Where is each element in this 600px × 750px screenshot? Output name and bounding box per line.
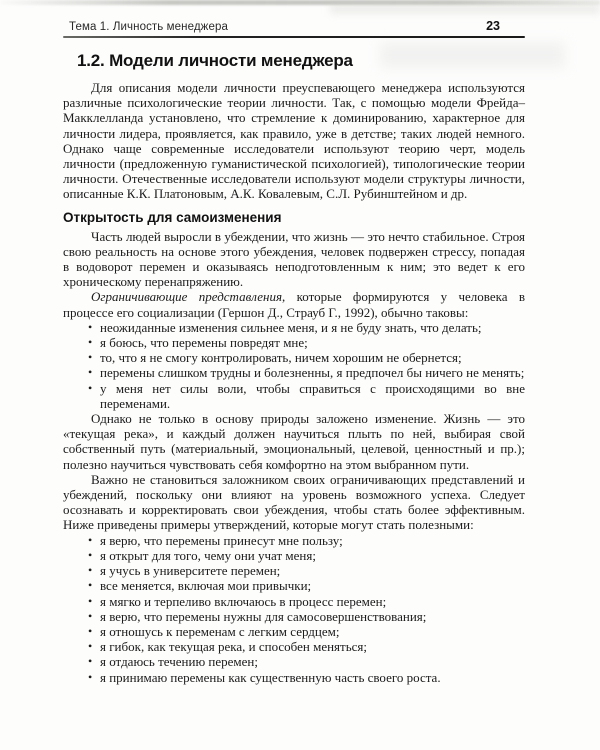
subsection-heading: Открытость для самоизменения xyxy=(63,210,525,225)
list-item: •у меня нет силы воли, чтобы справиться … xyxy=(87,381,525,411)
awareness-paragraph: Важно не становиться заложником своих ог… xyxy=(63,472,525,533)
list-item-text: я мягко и терпеливо включаюсь в процесс … xyxy=(100,594,386,609)
list-item: •я принимаю перемены как существенную ча… xyxy=(87,670,525,685)
page-number: 23 xyxy=(486,19,525,33)
scanned-book-page: Тема 1. Личность менеджера 23 1.2. Модел… xyxy=(0,0,600,750)
limiting-beliefs-list: •неожиданные изменения сильнее меня, и я… xyxy=(63,320,525,411)
list-item-text: я учусь в университете перемен; xyxy=(100,563,280,578)
limiting-beliefs-paragraph: Ограничивающие представления, которые фо… xyxy=(63,289,525,319)
list-item-text: я открыт для того, чему они учат меня; xyxy=(100,548,316,563)
intro-paragraph: Для описания модели личности преуспевающ… xyxy=(63,80,525,202)
list-item-text: все меняется, включая мои привычки; xyxy=(100,578,311,593)
list-item: •неожиданные изменения сильнее меня, и я… xyxy=(87,320,525,335)
running-title: Тема 1. Личность менеджера xyxy=(63,21,228,33)
limiting-beliefs-lead-italic: Ограничивающие представления xyxy=(91,289,282,304)
list-item-text: перемены слишком трудны и болезненны, я … xyxy=(100,365,524,380)
useful-statements-list: •я верю, что перемены принесут мне польз… xyxy=(63,533,525,685)
bullet-icon: • xyxy=(88,533,92,548)
list-item: •я боюсь, что перемены повредят мне; xyxy=(87,335,525,350)
list-item-text: я гибок, как текущая река, и способен ме… xyxy=(100,639,367,654)
bullet-icon: • xyxy=(88,350,92,365)
list-item-text: я отдаюсь течению перемен; xyxy=(100,654,258,669)
list-item: •я учусь в университете перемен; xyxy=(87,563,525,578)
section-heading: 1.2. Модели личности менеджера xyxy=(77,51,525,71)
list-item-text: то, что я не смогу контролировать, ничем… xyxy=(100,350,462,365)
running-header: Тема 1. Личность менеджера 23 xyxy=(63,19,525,33)
list-item-text: я принимаю перемены как существенную час… xyxy=(100,670,441,685)
bullet-icon: • xyxy=(88,624,92,639)
header-rule xyxy=(63,36,525,38)
list-item: •то, что я не смогу контролировать, ниче… xyxy=(87,350,525,365)
bullet-icon: • xyxy=(88,381,92,396)
bullet-icon: • xyxy=(88,320,92,335)
bullet-icon: • xyxy=(88,670,92,685)
list-item-text: я верю, что перемены нужны для самосовер… xyxy=(100,609,426,624)
list-item-text: я верю, что перемены принесут мне пользу… xyxy=(100,533,343,548)
bullet-icon: • xyxy=(88,335,92,350)
list-item: •я отношусь к переменам с легким сердцем… xyxy=(87,624,525,639)
bullet-icon: • xyxy=(88,563,92,578)
list-item-text: у меня нет силы воли, чтобы справиться с… xyxy=(100,381,525,411)
list-item: •все меняется, включая мои привычки; xyxy=(87,578,525,593)
list-item: •я верю, что перемены нужны для самосове… xyxy=(87,609,525,624)
bullet-icon: • xyxy=(88,365,92,380)
bullet-icon: • xyxy=(88,548,92,563)
list-item: •перемены слишком трудны и болезненны, я… xyxy=(87,365,525,380)
bullet-icon: • xyxy=(88,594,92,609)
list-item: •я отдаюсь течению перемен; xyxy=(87,654,525,669)
bullet-icon: • xyxy=(88,654,92,669)
list-item-text: я боюсь, что перемены повредят мне; xyxy=(100,335,308,350)
list-item-text: неожиданные изменения сильнее меня, и я … xyxy=(100,320,482,335)
list-item: •я открыт для того, чему они учат меня; xyxy=(87,548,525,563)
bullet-icon: • xyxy=(88,578,92,593)
stability-paragraph: Часть людей выросли в убеждении, что жиз… xyxy=(63,229,525,290)
list-item: •я гибок, как текущая река, и способен м… xyxy=(87,639,525,654)
river-paragraph: Однако не только в основу природы заложе… xyxy=(63,411,525,472)
page-content: Тема 1. Личность менеджера 23 1.2. Модел… xyxy=(63,0,525,685)
list-item: •я верю, что перемены принесут мне польз… xyxy=(87,533,525,548)
bullet-icon: • xyxy=(88,609,92,624)
bullet-icon: • xyxy=(88,639,92,654)
list-item: •я мягко и терпеливо включаюсь в процесс… xyxy=(87,594,525,609)
list-item-text: я отношусь к переменам с легким сердцем; xyxy=(100,624,339,639)
